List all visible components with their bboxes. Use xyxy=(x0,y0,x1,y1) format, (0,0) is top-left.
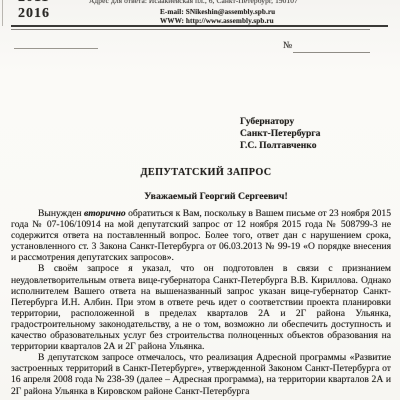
number-sign: № xyxy=(283,41,292,51)
recipient-line-city: Санкт-Петербурга xyxy=(240,128,320,140)
letterhead-term-years: 2011— 2016 xyxy=(18,0,78,21)
paragraph-1-emphasis: вторично xyxy=(84,208,126,219)
paragraph-1-start: Вынужден xyxy=(38,208,84,219)
recipient-block: Губернатору Санкт-Петербурга Г.С. Полтав… xyxy=(240,116,320,153)
letterhead-rule-bottom xyxy=(11,29,370,30)
date-blank-line xyxy=(14,48,98,49)
paragraph-3: В депутатском запросе отмечалось, что ре… xyxy=(11,352,391,396)
letterhead-www: WWW: http://www.assembly.spb.ru xyxy=(160,17,274,25)
paragraph-1: Вынужден вторично обратиться к Вам, поск… xyxy=(11,208,391,263)
letterhead-address: Адрес для ответа: Исаакиевская пл., 6, С… xyxy=(89,0,349,5)
term-years-end: 2016 xyxy=(18,6,78,22)
document-title: ДЕПУТАТСКИЙ ЗАПРОС xyxy=(12,167,400,178)
recipient-line-name: Г.С. Полтавченко xyxy=(240,140,320,152)
scanned-letter-page: 2011— 2016 Адрес для ответа: Исаакиевска… xyxy=(0,0,400,400)
paragraph-2: В своём запросе я указал, что он подгото… xyxy=(11,263,391,352)
recipient-line-position: Губернатору xyxy=(240,116,320,128)
salutation: Уважаемый Георгий Сергеевич! xyxy=(32,191,400,202)
letterhead-email: E-mail: SNikeshin@assembly.spb.ru xyxy=(160,8,275,16)
letter-body: Вынужден вторично обратиться к Вам, поск… xyxy=(11,208,391,400)
scan-edge-artifact xyxy=(2,0,3,26)
letterhead-rule-top xyxy=(11,25,388,27)
number-blank-line xyxy=(293,52,370,53)
